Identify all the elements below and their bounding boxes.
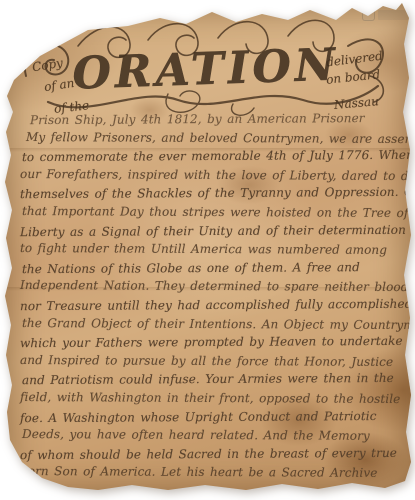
body-line: to commemorate the ever memorable 4th of… xyxy=(20,148,406,169)
header-of-an: of an xyxy=(43,76,75,94)
watermark-icon xyxy=(362,8,375,21)
body-line: My fellow Prisoners, and beloved Country… xyxy=(20,130,406,151)
photo-background: Copy of an of the delivered on board Nas… xyxy=(0,0,415,500)
paper-crease xyxy=(0,287,415,291)
body-line: nor Treasure untill they had accomplishe… xyxy=(20,297,406,318)
body-line: Deeds, you have often heard related. And… xyxy=(20,427,406,448)
body-line: the Grand Object of their Intentions. An… xyxy=(20,316,406,337)
header-copy: Copy xyxy=(31,56,64,75)
body-line: field, with Washington in their front, o… xyxy=(20,390,406,411)
body-line: Prison Ship, July 4th 1812, by an Americ… xyxy=(20,111,406,132)
manuscript-page: Copy of an of the delivered on board Nas… xyxy=(0,0,415,500)
oration-title-word: ORATION xyxy=(72,39,340,99)
body-line: themselves of the Shackles of the Tyrann… xyxy=(20,185,406,206)
paper-crease xyxy=(0,148,415,152)
body-line: and Inspired to pursue by all the force … xyxy=(20,353,406,374)
body-line: the Nations of this Globe as one of them… xyxy=(20,260,406,281)
auction-watermark xyxy=(362,8,411,21)
body-line: that Important Day thou stripes were hoi… xyxy=(20,204,406,225)
body-line: our Forefathers, inspired with the love … xyxy=(20,167,406,188)
manuscript-wrap: Copy of an of the delivered on board Nas… xyxy=(0,0,415,500)
body-line: of whom should be held Sacred in the bre… xyxy=(20,446,406,467)
watermark-text-block xyxy=(378,10,411,20)
manuscript-body: Prison Ship, July 4th 1812, by an Americ… xyxy=(20,112,406,484)
oration-calligraphy: ORATION xyxy=(18,16,393,118)
body-line: Independent Nation. They determined to s… xyxy=(20,278,406,299)
body-line: which your Fathers were prompted by Heav… xyxy=(20,334,406,355)
body-line: Liberty as a Signal of their Unity and o… xyxy=(20,222,406,243)
body-line: born Son of America. Let his heart be a … xyxy=(20,464,406,485)
header-ship-name: Nassau xyxy=(333,94,379,112)
body-line: and Patriotism could infuse. Your Armies… xyxy=(20,371,406,392)
corner-fold xyxy=(0,428,95,500)
header-delivered: delivered xyxy=(325,49,383,70)
body-line: to fight under them Untill America was n… xyxy=(20,241,406,262)
body-line: foe. A Washington whose Upright Conduct … xyxy=(20,408,406,429)
header-of-the: of the xyxy=(53,98,89,116)
header-on-board: on board xyxy=(325,67,380,87)
